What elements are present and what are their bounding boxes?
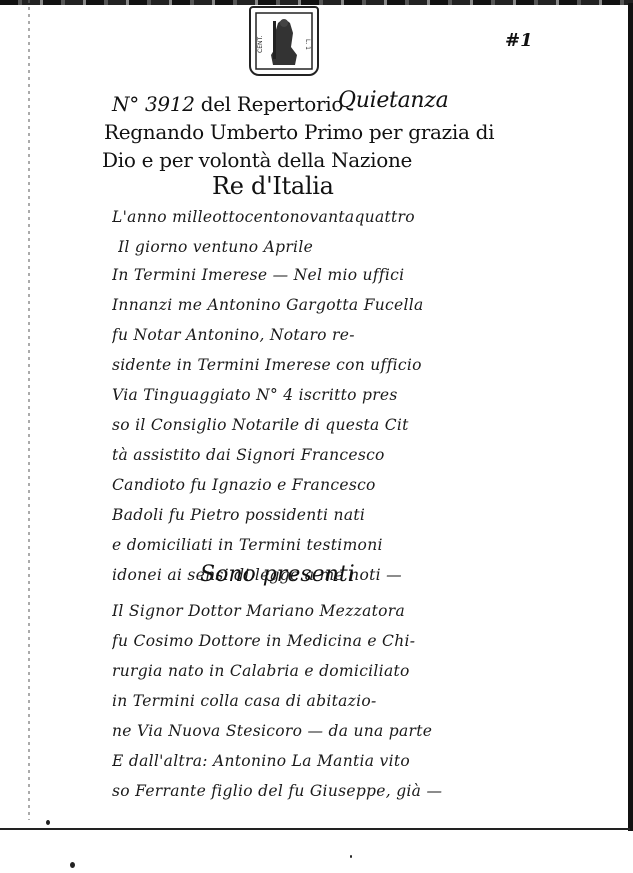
left-margin-line xyxy=(28,0,30,820)
body-line: so il Consiglio Notarile di questa Cit xyxy=(112,416,460,434)
heading-line-4: Re d'Italia xyxy=(212,172,334,200)
body-line: Badoli fu Pietro possidenti nati xyxy=(112,506,460,524)
ink-speck xyxy=(46,820,50,825)
ink-speck xyxy=(350,855,352,858)
body-line: In Termini Imerese — Nel mio uffici xyxy=(112,266,460,284)
body-line: Via Tinguaggiato N° 4 iscritto pres xyxy=(112,386,460,404)
body-line: fu Cosimo Dottore in Medicina e Chi- xyxy=(112,632,460,650)
svg-text:CENT.: CENT. xyxy=(257,36,264,53)
body-line: tà assistito dai Signori Francesco xyxy=(112,446,460,464)
repertorio-line: N° 3912 del Repertorio xyxy=(112,92,343,116)
document-title: Quietanza xyxy=(338,88,448,113)
revenue-stamp-icon: CENT. L. 1 xyxy=(254,11,314,71)
body-line: L'anno milleottocentonovantaquattro xyxy=(112,208,460,226)
repertorio-number: N° 3912 xyxy=(112,92,195,116)
page-bottom-rule xyxy=(0,828,630,830)
page-right-border xyxy=(628,3,633,831)
repertorio-label: del Repertorio xyxy=(201,92,343,116)
heading-line-2: Regnando Umberto Primo per grazia di xyxy=(104,120,494,144)
section-title: Sono presenti xyxy=(200,562,355,587)
body-line: sidente in Termini Imerese con ufficio xyxy=(112,356,460,374)
page-top-border xyxy=(0,0,633,5)
body-line: rurgia nato in Calabria e domiciliato xyxy=(112,662,460,680)
body-line: Il Signor Dottor Mariano Mezzatora xyxy=(112,602,460,620)
page-number: #1 xyxy=(505,30,533,51)
body-line: so Ferrante figlio del fu Giuseppe, già … xyxy=(112,782,460,800)
heading-line-3: Dio e per volontà della Nazione xyxy=(102,148,412,172)
body-line: in Termini colla casa di abitazio- xyxy=(112,692,460,710)
revenue-stamp: CENT. L. 1 xyxy=(249,6,319,76)
body-line: Candioto fu Ignazio e Francesco xyxy=(112,476,460,494)
svg-text:L. 1: L. 1 xyxy=(304,39,311,50)
body-line: Il giorno ventuno Aprile xyxy=(118,238,466,256)
body-line: E dall'altra: Antonino La Mantia vito xyxy=(112,752,460,770)
body-line: fu Notar Antonino, Notaro re- xyxy=(112,326,460,344)
body-line: ne Via Nuova Stesicoro — da una parte xyxy=(112,722,460,740)
body-line: e domiciliati in Termini testimoni xyxy=(112,536,460,554)
body-line: Innanzi me Antonino Gargotta Fucella xyxy=(112,296,460,314)
ink-speck xyxy=(70,862,75,868)
